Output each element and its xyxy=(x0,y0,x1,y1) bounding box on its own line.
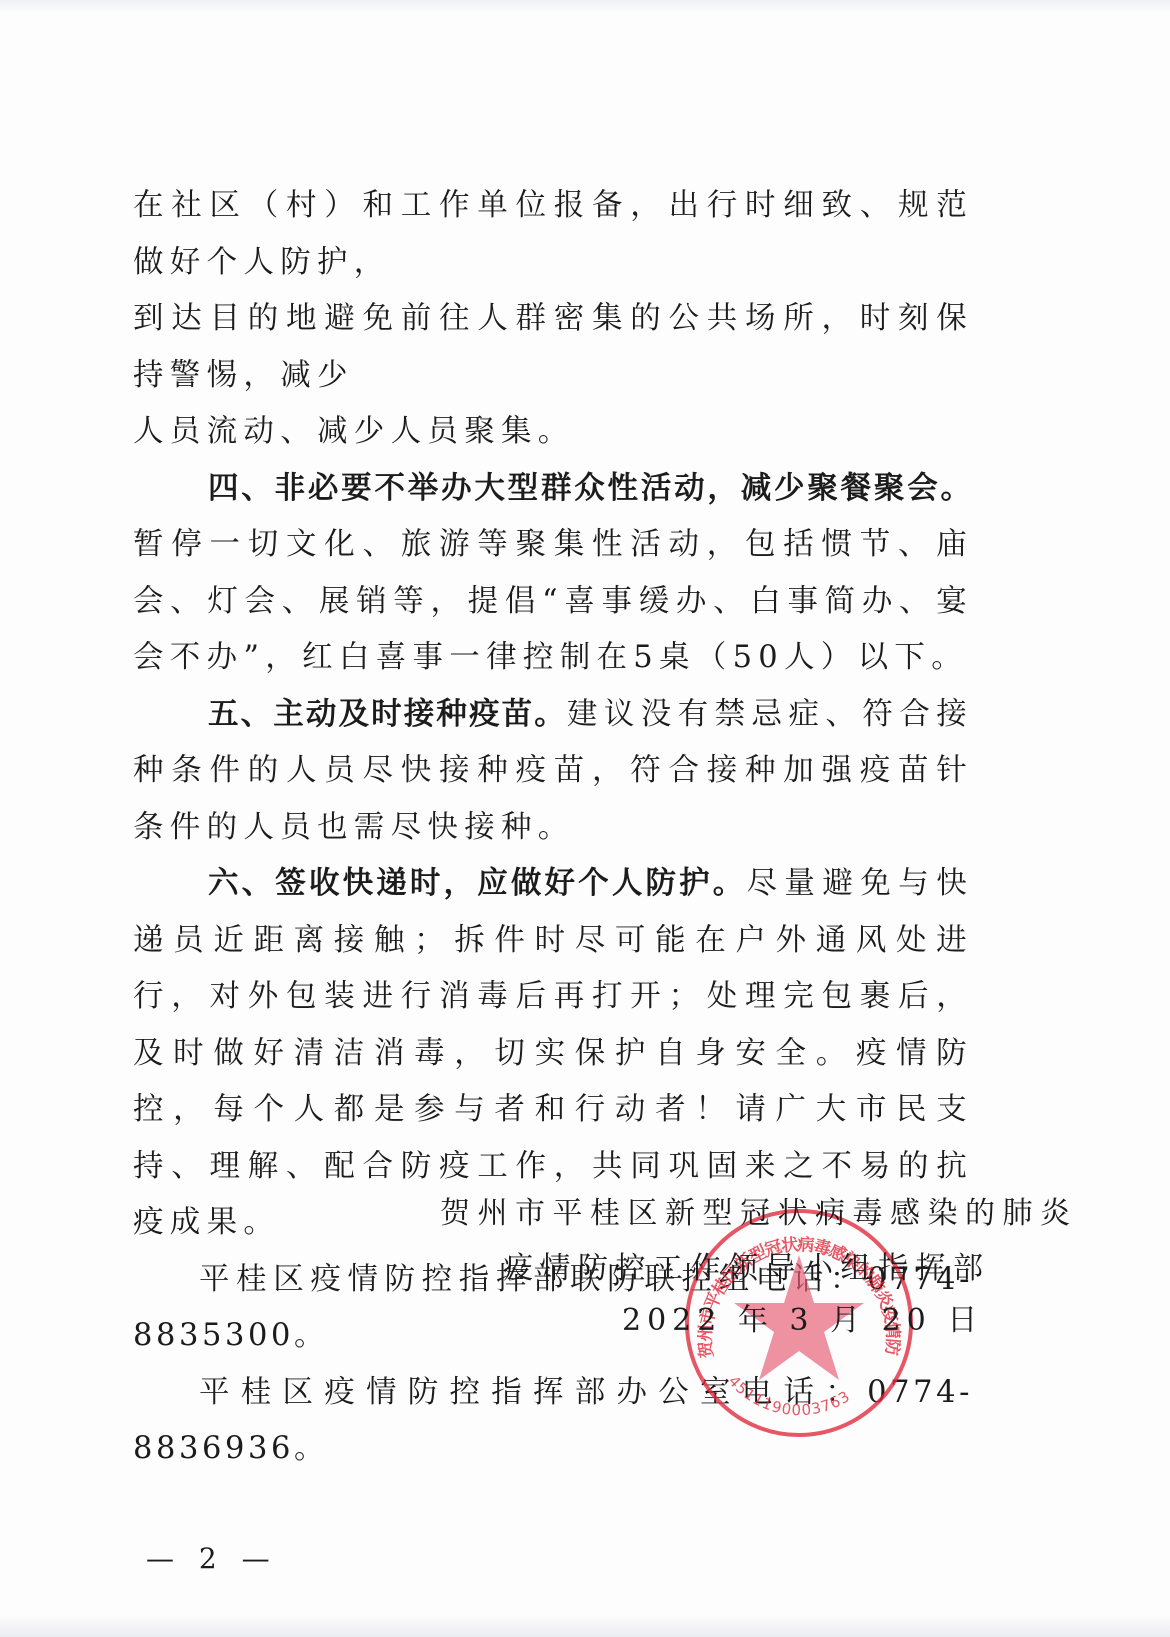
text-line: 人员流动、减少人员聚集。 xyxy=(133,414,575,449)
section-heading: 五、主动及时接种疫苗。 xyxy=(208,697,567,732)
section-four: 四、非必要不举办大型群众性活动，减少聚餐聚会。暂停一切文化、旅游等聚集性活动，包… xyxy=(133,461,973,687)
signature-org-line1: 贺州市平桂区新型冠状病毒感染的肺炎 xyxy=(440,1188,1078,1232)
document-page: 在社区（村）和工作单位报备，出行时细致、规范做好个人防护， 到达目的地避免前往人… xyxy=(0,0,1170,1637)
section-five: 五、主动及时接种疫苗。建议没有禁忌症、符合接种条件的人员尽快接种疫苗，符合接种加… xyxy=(133,687,973,857)
section-body: 暂停一切文化、旅游等聚集性活动，包括惯节、庙会、灯会、展销等，提倡“喜事缓办、白… xyxy=(133,527,973,675)
text-line: 在社区（村）和工作单位报备，出行时细致、规范做好个人防护， xyxy=(133,188,973,280)
section-heading: 六、签收快递时，应做好个人防护。 xyxy=(208,866,746,901)
seal-serial: 4511190003763 xyxy=(725,1372,854,1419)
signature-org-line2: 疫情防控工作领导小组指挥部 xyxy=(503,1243,991,1287)
scan-edge-bottom xyxy=(0,1615,1170,1637)
section-heading: 四、非必要不举办大型群众性活动，减少聚餐聚会。 xyxy=(208,471,973,506)
text-line: 到达目的地避免前往人群密集的公共场所，时刻保持警惕，减少 xyxy=(133,301,973,393)
page-number: — 2 — xyxy=(146,1542,278,1575)
signature-date: 2022 年 3 月 20 日 xyxy=(622,1295,983,1339)
scan-edge-top xyxy=(0,0,1170,12)
paragraph-continuation: 在社区（村）和工作单位报备，出行时细致、规范做好个人防护， 到达目的地避免前往人… xyxy=(133,178,973,461)
svg-text:4511190003763: 4511190003763 xyxy=(725,1372,854,1419)
section-body: 尽量避免与快递员近距离接触；拆件时尽可能在户外通风处进行，对外包装进行消毒后再打… xyxy=(133,866,973,1240)
